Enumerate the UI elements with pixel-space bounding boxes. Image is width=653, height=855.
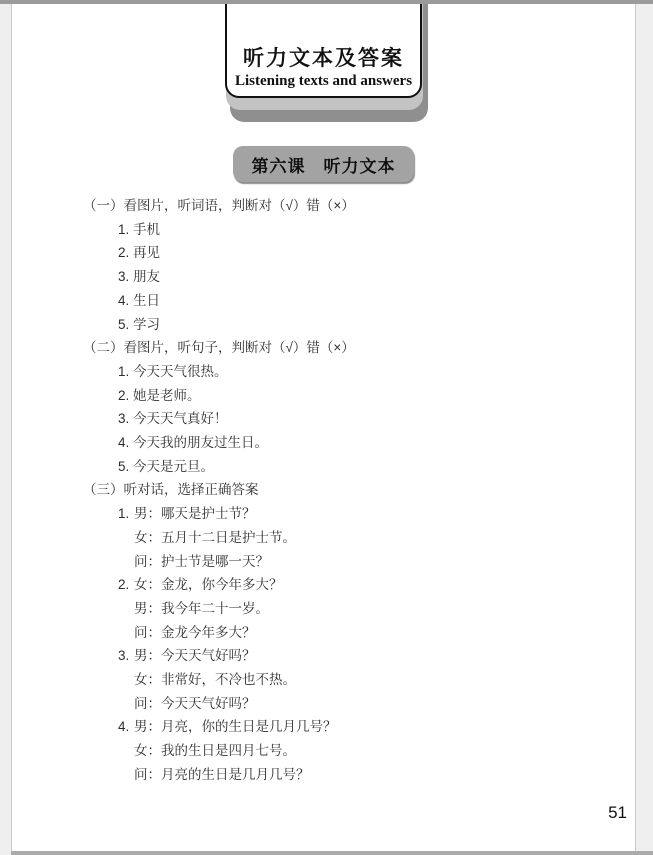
dialogue-text: 女：金龙，你今年多大？ <box>134 573 283 597</box>
dialogue-line: 1. 男：哪天是护士节？ <box>83 502 573 526</box>
dialogue-line: 女：五月十二日是护士节。 <box>83 526 573 550</box>
lesson-title: 第六课 听力文本 <box>252 152 396 177</box>
section-1-item: 4. 生日 <box>83 289 573 313</box>
section-1-item: 5. 学习 <box>83 313 573 337</box>
booklet-header-tab: 听力文本及答案 Listening texts and answers <box>225 0 422 98</box>
section-2-heading: （二）看图片，听句子，判断对（√）错（×） <box>83 336 573 360</box>
dialogue-number: 2. <box>118 573 134 597</box>
section-1-heading: （一）看图片，听词语，判断对（√）错（×） <box>83 194 573 218</box>
dialogue-line: 2. 女：金龙，你今年多大？ <box>83 573 573 597</box>
section-1-item: 2. 再见 <box>83 241 573 265</box>
lesson-title-pill: 第六课 听力文本 <box>233 146 414 182</box>
dialogue-line: 问：金龙今年多大？ <box>83 621 573 645</box>
dialogue-2: 2. 女：金龙，你今年多大？ 男：我今年二十一岁。 问：金龙今年多大？ <box>83 573 573 644</box>
section-1-item: 1. 手机 <box>83 218 573 242</box>
dialogue-1: 1. 男：哪天是护士节？ 女：五月十二日是护士节。 问：护士节是哪一天？ <box>83 502 573 573</box>
viewer-top-band <box>0 0 653 4</box>
section-2-item: 1. 今天天气很热。 <box>83 360 573 384</box>
dialogue-line: 3. 男：今天天气好吗？ <box>83 644 573 668</box>
dialogue-line: 男：我今年二十一岁。 <box>83 597 573 621</box>
section-2-item: 5. 今天是元旦。 <box>83 455 573 479</box>
dialogue-text: 男：月亮，你的生日是几月几号？ <box>134 715 337 739</box>
dialogue-line: 女：非常好，不冷也不热。 <box>83 668 573 692</box>
dialogue-line: 问：月亮的生日是几月几号？ <box>83 763 573 787</box>
dialogue-line: 4. 男：月亮，你的生日是几月几号？ <box>83 715 573 739</box>
listening-text-content: （一）看图片，听词语，判断对（√）错（×） 1. 手机 2. 再见 3. 朋友 … <box>83 194 573 787</box>
header-title-en: Listening texts and answers <box>235 73 412 90</box>
dialogue-number: 3. <box>118 644 134 668</box>
section-2-item: 2. 她是老师。 <box>83 384 573 408</box>
dialogue-line: 问：今天天气好吗？ <box>83 692 573 716</box>
dialogue-3: 3. 男：今天天气好吗？ 女：非常好，不冷也不热。 问：今天天气好吗？ <box>83 644 573 715</box>
dialogue-number: 1. <box>118 502 134 526</box>
document-viewer: 听力文本及答案 Listening texts and answers 第六课 … <box>0 0 653 855</box>
section-3-heading: （三）听对话，选择正确答案 <box>83 478 573 502</box>
section-2-item: 3. 今天天气真好！ <box>83 407 573 431</box>
dialogue-line: 问：护士节是哪一天？ <box>83 550 573 574</box>
viewer-bottom-band <box>11 851 653 855</box>
page-number: 51 <box>608 803 627 823</box>
dialogue-text: 男：哪天是护士节？ <box>134 502 256 526</box>
dialogue-text: 男：今天天气好吗？ <box>134 644 256 668</box>
dialogue-4: 4. 男：月亮，你的生日是几月几号？ 女：我的生日是四月七号。 问：月亮的生日是… <box>83 715 573 786</box>
header-title-cn: 听力文本及答案 <box>243 42 404 72</box>
dialogue-number: 4. <box>118 715 134 739</box>
section-2-item: 4. 今天我的朋友过生日。 <box>83 431 573 455</box>
dialogue-line: 女：我的生日是四月七号。 <box>83 739 573 763</box>
section-1-item: 3. 朋友 <box>83 265 573 289</box>
